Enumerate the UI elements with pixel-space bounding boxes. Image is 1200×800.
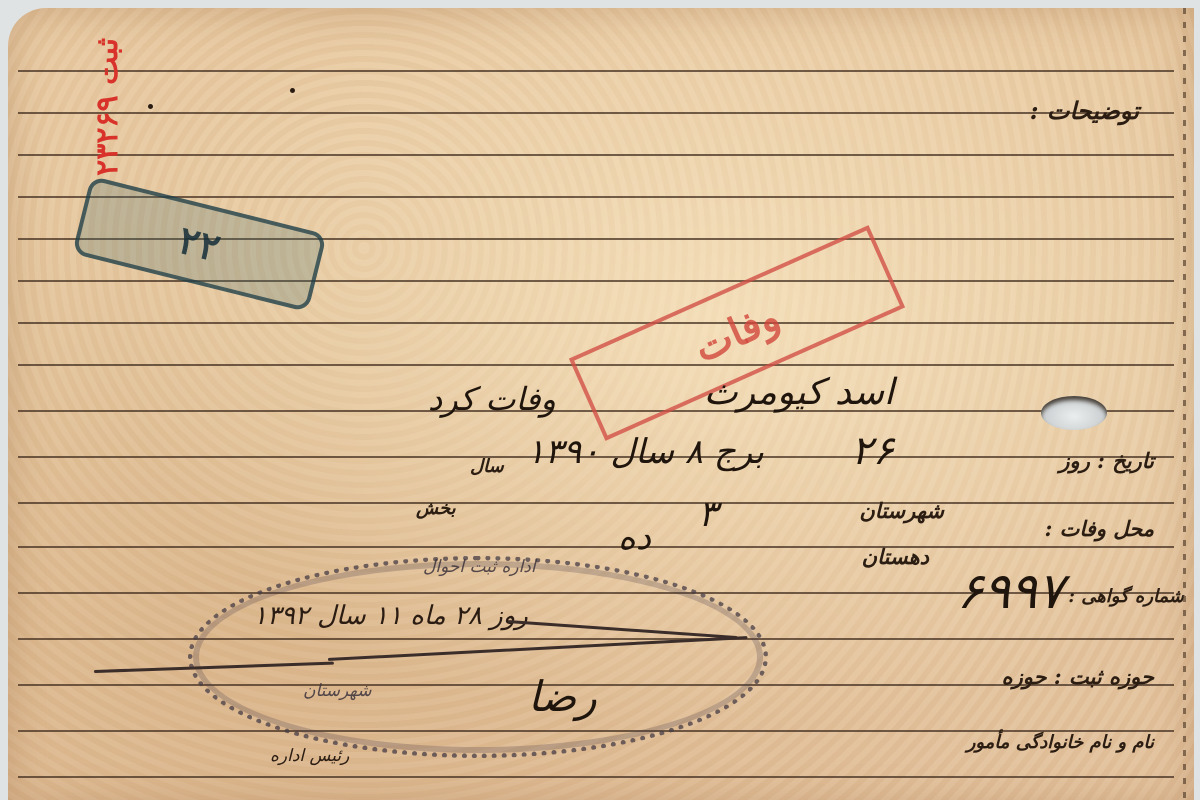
ruled-line <box>18 70 1174 72</box>
document-card: ثبت ۲۳۲۶۹ ۲۲ توضیحات : وفات اسد کیومرث و… <box>8 8 1194 800</box>
date-month-year-value: برج ۸ سال ۱۳۹۰ <box>527 432 764 472</box>
ink-speck <box>148 104 153 109</box>
ink-speck <box>290 88 295 93</box>
village-value: ده <box>618 518 651 558</box>
city-label: شهرستان <box>859 498 944 523</box>
certificate-number-label: شماره گواهی : <box>1068 586 1184 607</box>
ruled-line <box>18 322 1174 324</box>
registration-number: ۲۳۲۶۹ <box>90 95 125 176</box>
ruled-line <box>18 196 1174 198</box>
place-of-death-label: محل وفات : <box>1045 516 1154 541</box>
year-label: سال <box>470 456 504 477</box>
date-day-value: ۲۶ <box>851 428 894 474</box>
punch-hole <box>1041 396 1107 430</box>
village-label: دهستان <box>862 544 929 569</box>
deceased-name: اسد کیومرث <box>704 372 894 413</box>
death-mark: وفات کرد <box>428 380 556 418</box>
registry-office-label: حوزه ثبت : حوزه <box>1002 664 1154 689</box>
district-label: بخش <box>416 498 456 519</box>
seal-top-text: اداره ثبت احوال <box>423 557 536 577</box>
official-round-seal: اداره ثبت احوال روز ۲۸ ماه ۱۱ سال ۱۳۹۲ ش… <box>188 556 768 758</box>
remarks-label: توضیحات : <box>1030 96 1139 125</box>
registration-number-stamp: ثبت ۲۳۲۶۹ <box>90 38 125 176</box>
seal-bottom-text: شهرستان <box>303 681 372 701</box>
ruled-line <box>18 112 1174 114</box>
officer-name-label: نام و نام خانوادگی مأمور <box>967 732 1154 753</box>
ruled-line <box>18 502 1174 504</box>
registry-office-value: رضا <box>528 672 597 721</box>
ruled-line <box>18 154 1174 156</box>
seal-date-text: روز ۲۸ ماه ۱۱ سال ۱۳۹۲ <box>253 601 528 631</box>
certificate-number-value: ۶۹۹۷ <box>957 562 1064 620</box>
date-label: تاریخ : روز <box>1059 448 1154 473</box>
ruled-line <box>18 776 1174 778</box>
seal-footer-text: رئیس اداره <box>270 746 349 766</box>
registration-mark: ثبت <box>90 38 125 85</box>
city-value: ۳ <box>698 494 717 535</box>
ruled-line <box>18 546 1174 548</box>
